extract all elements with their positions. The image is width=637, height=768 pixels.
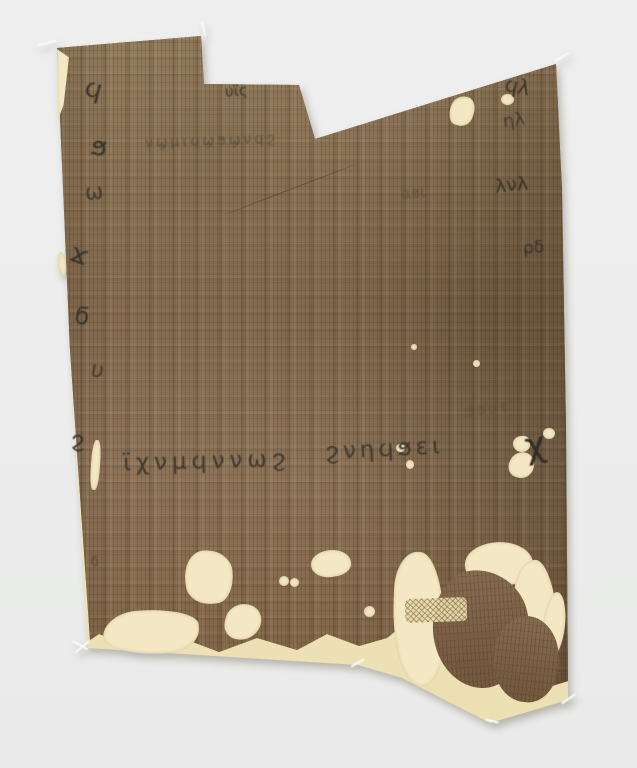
damage-patch <box>411 344 417 350</box>
damage-patch <box>406 460 414 469</box>
ink-mark-small-lower: ϭ <box>91 556 99 569</box>
fiber-thread <box>37 39 57 46</box>
ink-mark-main-line-left: ϊχνμϥννωϩ <box>123 448 291 475</box>
ink-mark-corner-a: ϥλ <box>503 74 532 99</box>
damage-patch <box>473 360 480 367</box>
ink-mark-faint-line-2-right: λνλ <box>494 174 529 196</box>
ink-mark-right-edge: ρδ <box>522 239 545 258</box>
fiber-thread <box>201 21 207 36</box>
ink-mark-faint-line-2-left: αϧι <box>400 185 425 202</box>
ink-mark-corner-b: ηλ <box>502 111 526 132</box>
mesh-patch <box>405 597 468 623</box>
ink-mark-margin-3: ω <box>84 181 105 205</box>
ink-mark-margin-7: ϩ <box>71 430 84 452</box>
ink-mark-main-line-right: ϩνηϥϧει <box>324 435 444 464</box>
ink-mark-top-short: υϊς <box>225 83 249 100</box>
damage-patch <box>364 606 375 617</box>
damage-patch <box>57 252 67 277</box>
fiber-thread <box>555 52 570 62</box>
scan-background: ϥ ϧ ω ϫ ϭ υ ϩ υϊς νϣμιϥϣϧϣνϥϩ αϧι λνλ ϥλ… <box>0 0 637 768</box>
papyrus-fragment: ϥ ϧ ω ϫ ϭ υ ϩ υϊς νϣμιϥϣϧϣνϥϩ αϧι λνλ ϥλ… <box>57 36 568 723</box>
damage-patch <box>543 428 555 439</box>
damage-patch <box>290 578 299 587</box>
damage-patch <box>279 576 289 586</box>
